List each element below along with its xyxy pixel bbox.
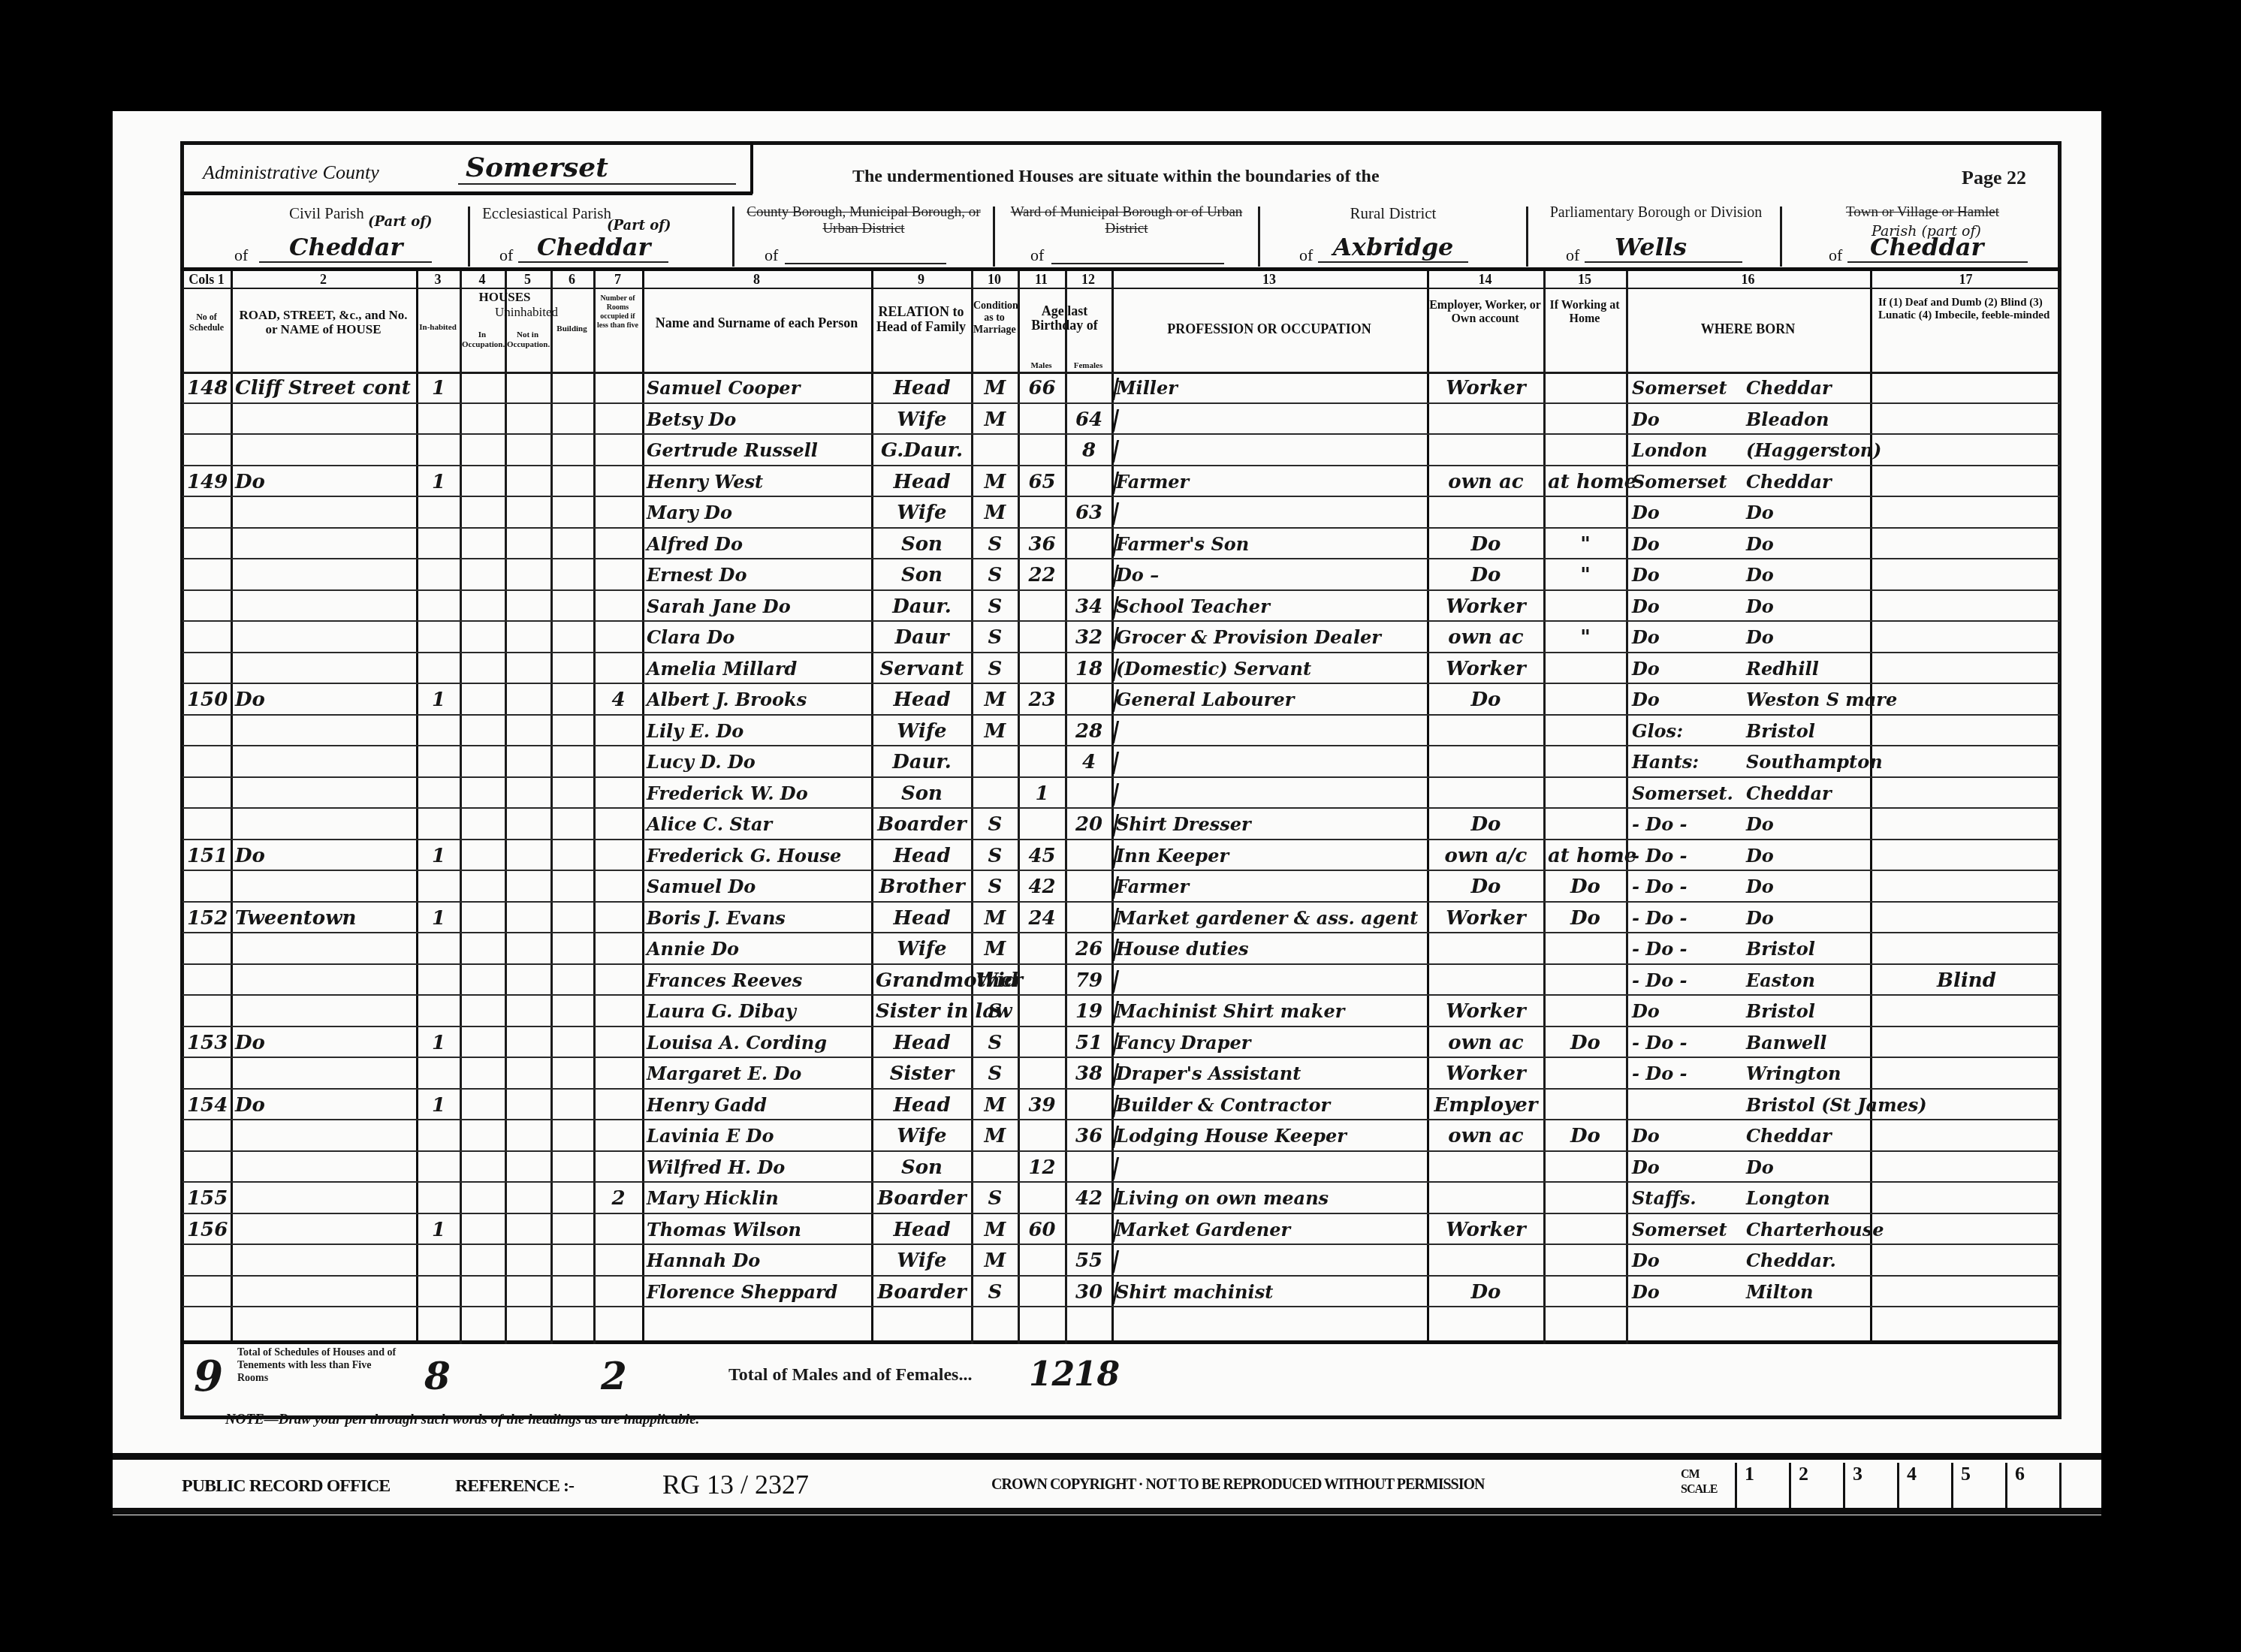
cell-born-county: - Do -	[1632, 966, 1745, 996]
cell-born-county: - Do -	[1632, 1059, 1745, 1089]
cell-occupation	[1116, 747, 1424, 777]
cell-at-home	[1548, 966, 1623, 996]
cell-born-place: Cheddar	[1746, 467, 1874, 497]
scale-end	[2059, 1463, 2113, 1508]
cell-at-home	[1548, 1183, 1623, 1213]
cell-rooms	[598, 996, 639, 1026]
cell-born-county: Do	[1632, 529, 1745, 559]
cell-condition	[976, 747, 1015, 777]
cell-employment: Worker	[1431, 592, 1540, 622]
cell-name: Sarah Jane Do	[647, 592, 868, 622]
of-label: of	[499, 246, 513, 265]
cell-age-m	[1022, 1059, 1062, 1089]
cell-condition: S	[976, 1183, 1015, 1213]
cell-condition	[976, 436, 1015, 466]
cell-rooms	[598, 716, 639, 746]
cell-condition: S	[976, 623, 1015, 653]
cell-rooms: 2	[598, 1183, 639, 1213]
cell-condition: S	[976, 560, 1015, 590]
males-header: Males	[1018, 359, 1065, 373]
cell-rooms	[598, 623, 639, 653]
cell-name: Clara Do	[647, 623, 868, 653]
cell-rooms	[598, 872, 639, 902]
cell-born-place: Redhill	[1746, 654, 1874, 684]
cell-name: Betsy Do	[647, 405, 868, 435]
cell-occupation: Shirt Dresser	[1116, 809, 1424, 840]
cell-infirmity	[1875, 841, 2059, 871]
cell-name: Frederick G. House	[647, 841, 868, 871]
cell-employment	[1431, 716, 1540, 746]
cell-address	[235, 623, 413, 653]
cell-at-home	[1548, 685, 1623, 715]
cell-condition: M	[976, 1215, 1015, 1245]
column-number: 4	[460, 272, 505, 288]
cell-born-place: Do	[1746, 1153, 1874, 1183]
cell-rooms	[598, 560, 639, 590]
cell-relation: Wife	[876, 498, 968, 528]
cell-address	[235, 405, 413, 435]
cell-address	[235, 1153, 413, 1183]
cell-condition: S	[976, 529, 1015, 559]
cell-age-f	[1069, 1215, 1108, 1245]
cell-born-county: London	[1632, 436, 1745, 466]
cell-relation: Servant	[876, 654, 968, 684]
cell-relation: Wife	[876, 1121, 968, 1151]
town-value: Cheddar	[1847, 233, 2028, 263]
cell-address	[235, 654, 413, 684]
cell-age-f: 42	[1069, 1183, 1108, 1213]
cell-employment: Employer	[1431, 1090, 1540, 1120]
cell-schedule: 151	[187, 841, 228, 871]
cell-born-county: Do	[1632, 498, 1745, 528]
cell-inhabited	[421, 1153, 457, 1183]
cell-born-place: Milton	[1746, 1277, 1874, 1307]
cell-at-home: "	[1548, 560, 1623, 590]
cell-inhabited	[421, 1059, 457, 1089]
column-header-c13: PROFESSION OR OCCUPATION	[1114, 321, 1425, 336]
civil-parish-label: Civil Parish	[289, 204, 364, 223]
cell-condition: S	[976, 654, 1015, 684]
column-header-c8: Name and Surname of each Person	[644, 315, 869, 330]
cell-age-f: 20	[1069, 809, 1108, 840]
cell-infirmity	[1875, 716, 2059, 746]
column-number: 12	[1065, 272, 1111, 288]
cell-name: Wilfred H. Do	[647, 1153, 868, 1183]
cell-rooms: 4	[598, 685, 639, 715]
cell-born-county: - Do -	[1632, 934, 1745, 964]
cell-employment: Worker	[1431, 373, 1540, 403]
cell-occupation: Market gardener & ass. agent	[1116, 903, 1424, 933]
cell-infirmity	[1875, 1183, 2059, 1213]
cell-condition: M	[976, 934, 1015, 964]
cell-occupation: Farmer	[1116, 872, 1424, 902]
cell-condition: M	[976, 1090, 1015, 1120]
cell-rooms	[598, 1215, 639, 1245]
cell-rooms	[598, 1153, 639, 1183]
cell-rooms	[598, 779, 639, 809]
cell-name: Amelia Millard	[647, 654, 868, 684]
cell-relation: Head	[876, 841, 968, 871]
totals-males-females-label: Total of Males and of Females...	[728, 1365, 972, 1385]
cell-infirmity: Blind	[1875, 966, 2059, 996]
cell-inhabited	[421, 809, 457, 840]
cell-age-m: 12	[1022, 1153, 1062, 1183]
town-label: Town or Village or Hamlet	[1791, 204, 2054, 221]
cell-rooms	[598, 592, 639, 622]
cell-employment	[1431, 966, 1540, 996]
cell-born-place: Weston S mare	[1746, 685, 1874, 715]
cell-occupation: School Teacher	[1116, 592, 1424, 622]
scale-mark: 4	[1897, 1463, 1951, 1508]
scale-mark: 2	[1789, 1463, 1843, 1508]
cell-rooms	[598, 373, 639, 403]
cell-inhabited	[421, 996, 457, 1026]
of-label: of	[1829, 246, 1842, 265]
cell-born-county: - Do -	[1632, 903, 1745, 933]
column-number: Cols 1	[182, 272, 231, 288]
cell-age-m	[1022, 716, 1062, 746]
cell-employment: Do	[1431, 685, 1540, 715]
cell-inhabited	[421, 560, 457, 590]
cell-name: Thomas Wilson	[647, 1215, 868, 1245]
cell-condition: M	[976, 1246, 1015, 1276]
cell-relation: Wife	[876, 934, 968, 964]
cell-relation: Head	[876, 467, 968, 497]
cell-born-county: Somerset	[1632, 373, 1745, 403]
divider	[182, 288, 2060, 289]
cell-born-place: Longton	[1746, 1183, 1874, 1213]
column-header-c5: Not in Occupation.	[507, 330, 548, 350]
cell-condition: M	[976, 685, 1015, 715]
column-number: 11	[1018, 272, 1065, 288]
cell-age-m	[1022, 405, 1062, 435]
cell-address	[235, 1277, 413, 1307]
cell-schedule	[187, 623, 228, 653]
cell-inhabited: 1	[421, 467, 457, 497]
cell-born-place: Do	[1746, 498, 1874, 528]
cell-age-f	[1069, 903, 1108, 933]
cell-age-m	[1022, 747, 1062, 777]
cell-occupation	[1116, 436, 1424, 466]
cell-employment: Worker	[1431, 903, 1540, 933]
uninhabited-header: Uninhabited	[460, 305, 593, 319]
cell-age-f	[1069, 872, 1108, 902]
column-header-c15: If Working at Home	[1546, 299, 1624, 326]
cell-schedule: 149	[187, 467, 228, 497]
cell-born-county: Do	[1632, 1153, 1745, 1183]
cell-infirmity	[1875, 654, 2059, 684]
cell-born-place: Banwell	[1746, 1028, 1874, 1058]
cell-condition: S	[976, 996, 1015, 1026]
cell-schedule	[187, 592, 228, 622]
cell-born-county: Do	[1632, 623, 1745, 653]
cell-address	[235, 498, 413, 528]
cell-age-m	[1022, 996, 1062, 1026]
cell-age-f: 38	[1069, 1059, 1108, 1089]
cell-born-county: Staffs.	[1632, 1183, 1745, 1213]
cell-occupation	[1116, 498, 1424, 528]
cell-employment: Worker	[1431, 1215, 1540, 1245]
cell-at-home	[1548, 1246, 1623, 1276]
cell-rooms	[598, 1277, 639, 1307]
cell-rooms	[598, 529, 639, 559]
cell-born-place: Do	[1746, 592, 1874, 622]
cell-infirmity	[1875, 903, 2059, 933]
cell-inhabited: 1	[421, 841, 457, 871]
cell-employment: Do	[1431, 560, 1540, 590]
cell-born-place: Southampton	[1746, 747, 1874, 777]
cell-name: Frederick W. Do	[647, 779, 868, 809]
cell-age-f: 34	[1069, 592, 1108, 622]
column-header-c1: No of Schedule	[185, 312, 228, 333]
cell-age-m: 24	[1022, 903, 1062, 933]
cell-rooms	[598, 1090, 639, 1120]
cell-age-f: 79	[1069, 966, 1108, 996]
cell-address	[235, 1246, 413, 1276]
cell-rooms	[598, 934, 639, 964]
cell-schedule	[187, 809, 228, 840]
cell-occupation: Fancy Draper	[1116, 1028, 1424, 1058]
cell-rooms	[598, 1059, 639, 1089]
cell-employment: own ac	[1431, 1121, 1540, 1151]
cell-infirmity	[1875, 1028, 2059, 1058]
cell-condition: M	[976, 1121, 1015, 1151]
cell-at-home: at home	[1548, 841, 1623, 871]
cell-relation: Wife	[876, 1246, 968, 1276]
totals-label: Total of Schedules of Houses and of Tene…	[237, 1346, 403, 1385]
column-number: 6	[550, 272, 593, 288]
cell-employment: own ac	[1431, 1028, 1540, 1058]
cell-occupation: Grocer & Provision Dealer	[1116, 623, 1424, 653]
cell-inhabited	[421, 872, 457, 902]
cell-rooms	[598, 405, 639, 435]
cell-relation: Sister	[876, 1059, 968, 1089]
cell-age-f	[1069, 779, 1108, 809]
cell-infirmity	[1875, 685, 2059, 715]
cell-relation: Sister in law	[876, 996, 968, 1026]
cell-rooms	[598, 966, 639, 996]
cell-at-home: "	[1548, 529, 1623, 559]
cell-condition: S	[976, 1277, 1015, 1307]
cell-address: Tweentown	[235, 903, 413, 933]
cell-infirmity	[1875, 1059, 2059, 1089]
cell-at-home	[1548, 934, 1623, 964]
cell-at-home	[1548, 654, 1623, 684]
cell-occupation	[1116, 1153, 1424, 1183]
cell-address	[235, 809, 413, 840]
cell-infirmity	[1875, 747, 2059, 777]
cell-employment: own ac	[1431, 623, 1540, 653]
cell-schedule	[187, 1059, 228, 1089]
cell-at-home: Do	[1548, 903, 1623, 933]
cell-born-county: Do	[1632, 1277, 1745, 1307]
divider	[180, 1340, 2062, 1344]
cell-born-place: Bristol	[1746, 934, 1874, 964]
cell-age-m: 36	[1022, 529, 1062, 559]
cell-at-home: Do	[1548, 1028, 1623, 1058]
cell-born-place: Bristol	[1746, 996, 1874, 1026]
cell-infirmity	[1875, 1246, 2059, 1276]
cell-schedule	[187, 405, 228, 435]
cell-age-f: 51	[1069, 1028, 1108, 1058]
cell-infirmity	[1875, 498, 2059, 528]
cell-employment	[1431, 498, 1540, 528]
cell-age-f: 63	[1069, 498, 1108, 528]
cell-employment: own ac	[1431, 467, 1540, 497]
cell-infirmity	[1875, 1215, 2059, 1245]
cell-schedule	[187, 560, 228, 590]
cell-employment	[1431, 934, 1540, 964]
column-header-c10: Condition as to Marriage	[973, 300, 1015, 336]
cell-age-m	[1022, 498, 1062, 528]
cell-born-place: Cheddar	[1746, 1121, 1874, 1151]
cell-infirmity	[1875, 560, 2059, 590]
cell-schedule	[187, 934, 228, 964]
cell-name: Ernest Do	[647, 560, 868, 590]
totals-females: 18	[1074, 1355, 1120, 1394]
column-number: 7	[593, 272, 642, 288]
cell-born-county: Somerset	[1632, 467, 1745, 497]
cell-address	[235, 1215, 413, 1245]
cell-born-place: Do	[1746, 529, 1874, 559]
footer-reference-label: REFERENCE :-	[455, 1476, 574, 1497]
cell-age-f	[1069, 1153, 1108, 1183]
cell-address: Do	[235, 685, 413, 715]
cell-at-home	[1548, 809, 1623, 840]
cell-born-place: Do	[1746, 903, 1874, 933]
rural-district-value: Axbridge	[1318, 233, 1468, 263]
cell-born-place: Easton	[1746, 966, 1874, 996]
cell-name: Lavinia E Do	[647, 1121, 868, 1151]
divider	[993, 206, 995, 267]
county-borough-value	[785, 263, 946, 264]
cell-occupation: General Labourer	[1116, 685, 1424, 715]
cell-born-place: Bristol	[1746, 716, 1874, 746]
cell-occupation: Shirt machinist	[1116, 1277, 1424, 1307]
cell-address	[235, 592, 413, 622]
cell-employment: Worker	[1431, 996, 1540, 1026]
cell-relation: Grandmother	[876, 966, 968, 996]
cell-name: Laura G. Dibay	[647, 996, 868, 1026]
cell-born-place: Do	[1746, 560, 1874, 590]
cell-age-f: 64	[1069, 405, 1108, 435]
cell-at-home	[1548, 498, 1623, 528]
scale-label: CM SCALE	[1681, 1467, 1717, 1497]
cell-name: Henry West	[647, 467, 868, 497]
cell-inhabited: 1	[421, 373, 457, 403]
cell-schedule: 154	[187, 1090, 228, 1120]
cell-name: Albert J. Brooks	[647, 685, 868, 715]
cell-condition: S	[976, 592, 1015, 622]
cell-age-m: 45	[1022, 841, 1062, 871]
intro-text: The undermentioned Houses are situate wi…	[852, 167, 1380, 187]
cell-at-home	[1548, 1153, 1623, 1183]
cell-address	[235, 716, 413, 746]
cell-inhabited: 1	[421, 903, 457, 933]
females-header: Females	[1065, 359, 1111, 373]
cell-relation: Boarder	[876, 1277, 968, 1307]
cell-name: Louisa A. Cording	[647, 1028, 868, 1058]
cell-occupation: (Domestic) Servant	[1116, 654, 1424, 684]
cell-age-f	[1069, 467, 1108, 497]
cell-employment: Worker	[1431, 654, 1540, 684]
cell-relation: Head	[876, 373, 968, 403]
cell-name: Lucy D. Do	[647, 747, 868, 777]
cell-employment: Do	[1431, 809, 1540, 840]
cell-born-place: (Haggerston)	[1746, 436, 1874, 466]
cell-schedule: 155	[187, 1183, 228, 1213]
cell-born-place: Do	[1746, 623, 1874, 653]
cell-name: Samuel Cooper	[647, 373, 868, 403]
cell-born-county: Do	[1632, 996, 1745, 1026]
cell-born-place: Do	[1746, 872, 1874, 902]
cell-address	[235, 1183, 413, 1213]
column-number: 17	[1870, 272, 2062, 288]
cell-inhabited	[421, 1277, 457, 1307]
cell-address	[235, 747, 413, 777]
cell-born-place: Cheddar	[1746, 373, 1874, 403]
scale-label-cm: CM	[1681, 1467, 1717, 1482]
of-label: of	[765, 246, 778, 265]
cell-born-county: Hants:	[1632, 747, 1745, 777]
cell-age-f	[1069, 529, 1108, 559]
cell-occupation: Machinist Shirt maker	[1116, 996, 1424, 1026]
footer-reference-value: RG 13 / 2327	[662, 1469, 809, 1500]
cell-born-county: Do	[1632, 592, 1745, 622]
cell-age-f: 32	[1069, 623, 1108, 653]
divider	[1780, 206, 1782, 267]
cell-relation: Boarder	[876, 1183, 968, 1213]
cell-address	[235, 872, 413, 902]
cell-age-m: 39	[1022, 1090, 1062, 1120]
cell-employment	[1431, 405, 1540, 435]
cell-condition: M	[976, 903, 1015, 933]
eccl-parish-value: Cheddar	[518, 233, 668, 263]
cell-relation: G.Daur.	[876, 436, 968, 466]
cell-at-home: Do	[1548, 872, 1623, 902]
of-label: of	[1299, 246, 1313, 265]
cell-occupation	[1116, 966, 1424, 996]
cell-schedule	[187, 779, 228, 809]
cell-address: Do	[235, 467, 413, 497]
column-header-c6: Building	[553, 324, 591, 334]
cell-employment: own a/c	[1431, 841, 1540, 871]
cell-age-f	[1069, 373, 1108, 403]
cell-employment	[1431, 436, 1540, 466]
age-header: Age last Birthday of	[1018, 304, 1111, 333]
cell-schedule: 150	[187, 685, 228, 715]
cell-inhabited	[421, 1121, 457, 1151]
cell-employment: Worker	[1431, 1059, 1540, 1089]
cell-condition	[976, 779, 1015, 809]
cell-relation: Boarder	[876, 809, 968, 840]
cell-employment: Do	[1431, 1277, 1540, 1307]
column-header-c4: In Occupation.	[462, 330, 502, 350]
cell-address	[235, 1059, 413, 1089]
cell-schedule	[187, 716, 228, 746]
cell-relation: Head	[876, 1028, 968, 1058]
cell-born-county: Do	[1632, 654, 1745, 684]
cell-schedule: 156	[187, 1215, 228, 1245]
cell-rooms	[598, 1121, 639, 1151]
divider	[750, 143, 753, 194]
cell-infirmity	[1875, 779, 2059, 809]
cell-age-m	[1022, 592, 1062, 622]
cell-age-f: 18	[1069, 654, 1108, 684]
cell-at-home	[1548, 1090, 1623, 1120]
totals-inhabited: 8	[424, 1354, 451, 1398]
cell-condition: M	[976, 373, 1015, 403]
